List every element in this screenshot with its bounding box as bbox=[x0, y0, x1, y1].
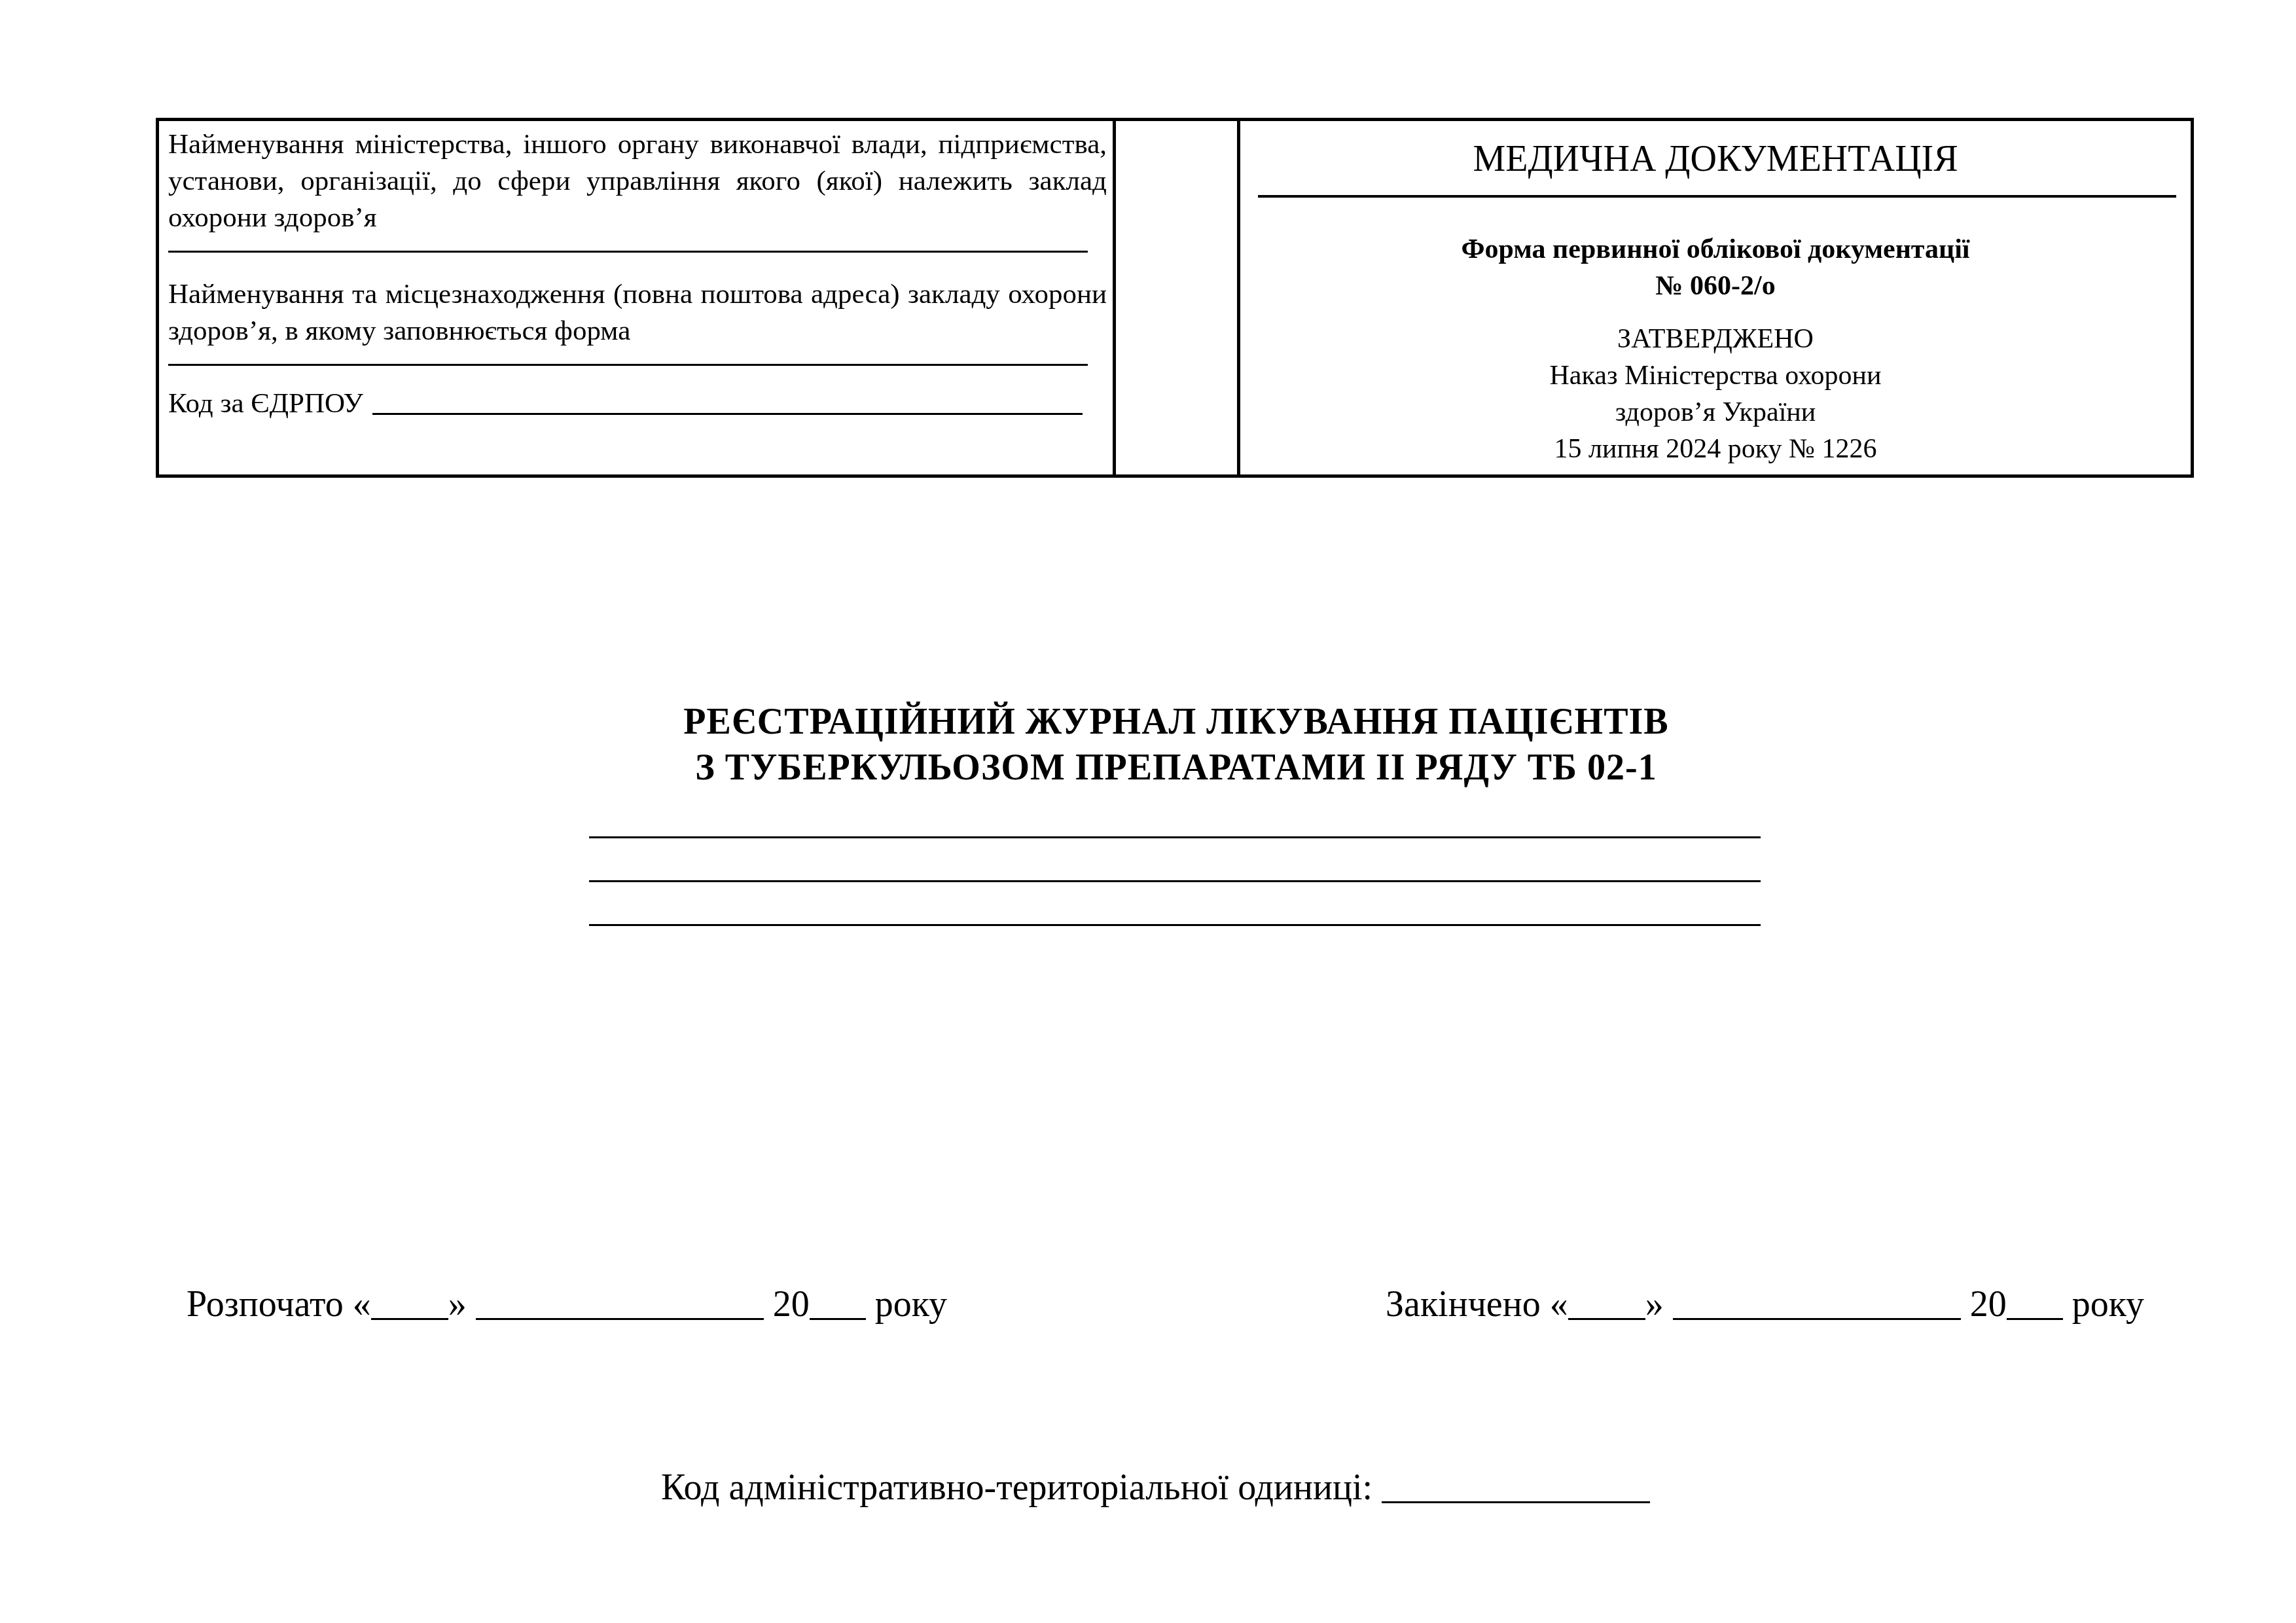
journal-title-line: З ТУБЕРКУЛЬОЗОМ ПРЕПАРАТАМИ ІІ РЯДУ ТБ 0… bbox=[0, 745, 2296, 791]
start-year-word: року bbox=[875, 1281, 947, 1327]
approval-block: ЗАТВЕРДЖЕНО Наказ Міністерства охорони з… bbox=[1240, 321, 2191, 467]
admin-code-row: Код адміністративно-територіальної одини… bbox=[661, 1465, 1650, 1510]
end-date-row: Закінчено « » 20 року bbox=[1386, 1281, 2144, 1327]
approved-by-line: здоров’я України bbox=[1240, 394, 2191, 431]
start-year-field[interactable] bbox=[810, 1289, 866, 1320]
form-header-box: Найменування міністерства, іншого органу… bbox=[156, 118, 2194, 478]
journal-title-line: РЕЄСТРАЦІЙНИЙ ЖУРНАЛ ЛІКУВАННЯ ПАЦІЄНТІВ bbox=[0, 699, 2296, 745]
end-day-field[interactable] bbox=[1568, 1289, 1645, 1320]
edrpou-field[interactable] bbox=[372, 387, 1083, 415]
institution-info-cell: Найменування міністерства, іншого органу… bbox=[168, 126, 1107, 422]
start-label: Розпочато bbox=[187, 1281, 344, 1327]
end-month-field[interactable] bbox=[1673, 1289, 1961, 1320]
journal-title: РЕЄСТРАЦІЙНИЙ ЖУРНАЛ ЛІКУВАННЯ ПАЦІЄНТІВ… bbox=[0, 699, 2296, 791]
start-century: 20 bbox=[773, 1281, 810, 1327]
ministry-name-field[interactable] bbox=[168, 251, 1088, 253]
end-year-field[interactable] bbox=[2007, 1289, 2063, 1320]
title-blank-line[interactable] bbox=[589, 924, 1761, 926]
title-blank-line[interactable] bbox=[589, 880, 1761, 882]
start-day-field[interactable] bbox=[371, 1289, 448, 1320]
approved-date: 15 липня 2024 року № 1226 bbox=[1240, 431, 2191, 467]
close-quote: » bbox=[1645, 1281, 1664, 1327]
column-divider bbox=[1113, 121, 1116, 474]
facility-name-field[interactable] bbox=[168, 364, 1088, 366]
medical-documentation-heading: МЕДИЧНА ДОКУМЕНТАЦІЯ bbox=[1240, 136, 2191, 182]
form-number-block: Форма первинної облікової документації №… bbox=[1240, 231, 2191, 304]
approved-label: ЗАТВЕРДЖЕНО bbox=[1240, 321, 2191, 357]
end-century: 20 bbox=[1970, 1281, 2007, 1327]
admin-code-field[interactable] bbox=[1382, 1472, 1650, 1503]
ministry-label: Найменування міністерства, іншого органу… bbox=[168, 126, 1107, 236]
close-quote: » bbox=[448, 1281, 467, 1327]
start-month-field[interactable] bbox=[476, 1289, 764, 1320]
open-quote: « bbox=[353, 1281, 371, 1327]
title-blank-line[interactable] bbox=[589, 836, 1761, 838]
start-date-row: Розпочато « » 20 року bbox=[187, 1281, 947, 1327]
end-year-word: року bbox=[2072, 1281, 2144, 1327]
edrpou-row: Код за ЄДРПОУ bbox=[168, 384, 1107, 422]
facility-label: Найменування та місцезнаходження (повна … bbox=[168, 276, 1107, 349]
admin-code-label: Код адміністративно-територіальної одини… bbox=[661, 1465, 1372, 1510]
form-info-cell: МЕДИЧНА ДОКУМЕНТАЦІЯ Форма первинної обл… bbox=[1240, 121, 2191, 474]
end-label: Закінчено bbox=[1386, 1281, 1541, 1327]
form-number: № 060-2/о bbox=[1240, 268, 2191, 304]
form-title-line: Форма первинної облікової документації bbox=[1240, 231, 2191, 268]
approved-by-line: Наказ Міністерства охорони bbox=[1240, 357, 2191, 394]
edrpou-label: Код за ЄДРПОУ bbox=[168, 385, 363, 422]
heading-rule bbox=[1258, 195, 2176, 198]
open-quote: « bbox=[1550, 1281, 1568, 1327]
